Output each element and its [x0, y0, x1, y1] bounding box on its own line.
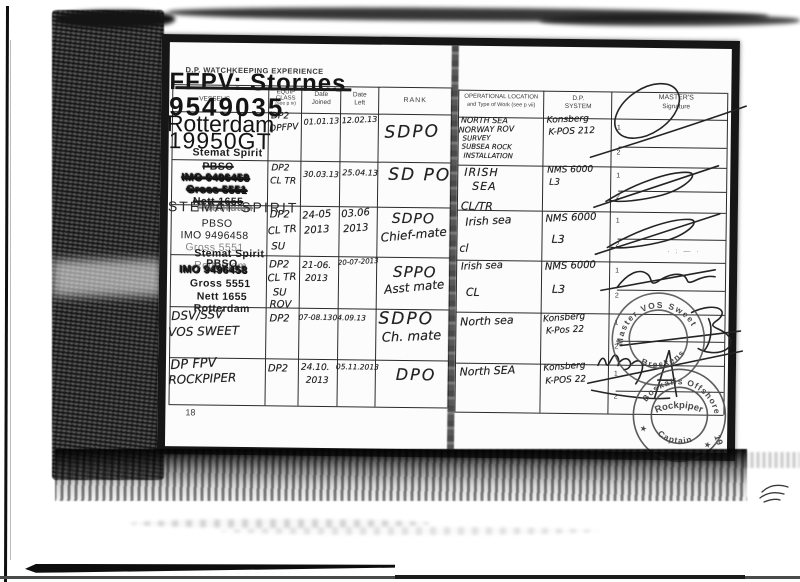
scan-line-artifact: [25, 562, 395, 573]
date-joined-cell: 01.01.13: [304, 116, 340, 126]
location-cell: cl: [459, 242, 468, 255]
date-joined-cell: 07-08.13: [298, 313, 332, 322]
date-left-cell: 03.06: [341, 207, 370, 220]
class-cell: DP2: [271, 163, 289, 173]
location-cell: SEA: [472, 180, 497, 193]
class-cell: DP2: [269, 313, 289, 324]
col-left-2: Left: [341, 99, 378, 107]
dp-system-cell: NMS 6000: [547, 165, 593, 176]
date-left-cell: 12.02.13: [342, 115, 378, 125]
margin-scribble: [756, 478, 792, 508]
date-left-cell: 25.04.13: [342, 168, 378, 177]
dp-system-cell: K-POS 212: [548, 126, 595, 138]
dp-system-cell: Konsberg: [543, 361, 586, 374]
sig-line-number-n1: 1: [615, 268, 619, 275]
rank-cell: SDPO: [384, 121, 440, 142]
location-cell: NORWAY ROV: [459, 124, 515, 134]
col-left-1: Date: [341, 91, 378, 99]
table-grid-line: [616, 391, 724, 393]
col-joined-2: Joined: [302, 99, 340, 107]
sig-line-number-n1: 1: [614, 371, 618, 378]
scan-specks: · : — ·: [667, 248, 701, 255]
location-cell: CL: [466, 286, 480, 299]
col-dp-1: D.P.: [545, 95, 611, 103]
table-grid-line: [297, 86, 302, 406]
location-cell: SURVEY: [463, 134, 491, 143]
date-joined-cell: 30.03.13: [303, 170, 339, 179]
date-joined-cell: 24-05: [302, 209, 332, 222]
location-cell: IRISH: [464, 166, 499, 179]
col-master-1: MASTER'S: [626, 94, 726, 103]
sig-line-number-n2: 2: [616, 194, 620, 201]
table-grid-line: [374, 87, 379, 407]
class-cell: DP2: [268, 363, 288, 374]
class-cell: ROV: [270, 299, 292, 310]
scan-edge-line: [4, 6, 9, 582]
table-grid-line: [617, 290, 725, 292]
rank-cell: SDPO: [378, 309, 434, 330]
table-grid-line: [616, 341, 724, 343]
table-grid-line: [618, 191, 726, 193]
scanned-document: 121212121212 D.P. WATCHKEEPING EXPERIENC…: [0, 0, 800, 582]
vessel-handwritten: ROCKPIPER: [168, 370, 236, 387]
table-grid-line: [168, 404, 447, 408]
dp-system-cell: L3: [552, 283, 565, 296]
scan-smudge-bottom: [55, 449, 747, 501]
vessel-handwritten: VOS SWEET: [168, 323, 239, 339]
svg-text:Captain: Captain: [655, 427, 695, 448]
scan-bottom-edge-dark: [395, 575, 745, 579]
signature-row-2: [594, 164, 719, 209]
dp-system-cell: L3: [551, 233, 564, 246]
signature-row-3: [595, 212, 720, 256]
sig-line-number-n2: 2: [615, 293, 619, 300]
signature-row-1: [591, 72, 747, 160]
class-cell: DPFPV: [269, 122, 299, 134]
sig-line-number-n2: 2: [614, 344, 618, 351]
svg-text:Boskalis Offshore: Boskalis Offshore: [639, 369, 728, 417]
location-cell: SUBSEA ROCK: [462, 143, 512, 152]
class-cell: DP2: [270, 209, 290, 220]
sig-line-number-n1: 1: [617, 125, 621, 132]
table-grid-line: [619, 147, 727, 149]
dp-system-cell: Konsberg: [543, 312, 586, 325]
dp-system-cell: K-Pos 22: [546, 325, 585, 337]
class-cell: CL TR: [268, 224, 298, 238]
dp-system-cell: Konsberg: [547, 114, 590, 126]
col-location-2: and Type of Work (see p vii): [459, 102, 543, 109]
vessel-stamp-line: Gross 5551: [190, 277, 251, 290]
stamp-number: 19: [712, 434, 725, 447]
vessel-handwritten: DSV/SSV: [171, 307, 224, 323]
location-cell: CL/TR: [461, 200, 493, 213]
rank-cell: Ch. mate: [382, 328, 442, 345]
vessel-stamp-line: Gross 5551: [186, 183, 247, 196]
logbook-page: 121212121212 D.P. WATCHKEEPING EXPERIENC…: [157, 34, 740, 461]
vessel-stamp-line: Nett 1655: [197, 290, 247, 303]
col-dp-2: SYSTEM: [545, 103, 611, 111]
sig-line-number-n1: 1: [616, 218, 620, 225]
dp-system-cell: NMS 6000: [545, 260, 596, 273]
date-left-cell: 20-07-2013: [338, 257, 379, 267]
table-grid-line: [723, 93, 728, 415]
vos-sweet-stamp: Master VOS Sweet Breskens: [602, 283, 714, 395]
date-left-cell: 04.09.13: [332, 313, 366, 322]
date-joined-cell: 2013: [305, 274, 328, 284]
sig-line-number-n2: 2: [617, 150, 621, 157]
rank-cell: SD PO: [388, 165, 451, 186]
class-cell: CL TR: [270, 176, 296, 186]
col-location-1: OPERATIONAL LOCATION: [459, 94, 543, 102]
dp-system-cell: NMS 6000: [545, 212, 596, 225]
vessel-stamp-line: PBSO: [202, 217, 233, 229]
location-cell: North SEA: [459, 363, 515, 378]
stamp-star-left: ★: [640, 424, 648, 433]
page-number: 18: [185, 408, 195, 418]
location-cell: Irish sea: [461, 260, 503, 273]
sig-line-number-n1: 1: [616, 173, 620, 180]
date-joined-cell: 2013: [304, 224, 330, 237]
class-cell: CL TR: [267, 272, 296, 285]
table-grid-line: [454, 412, 723, 416]
scan-smudge-top-left: [55, 10, 175, 28]
svg-text:Rockpiper: Rockpiper: [652, 394, 706, 424]
date-joined-cell: 21-06.: [302, 261, 331, 271]
col-rank: RANK: [379, 97, 451, 106]
table-grid-line: [618, 239, 726, 241]
sig-line-number-n1: 1: [614, 320, 618, 327]
svg-text:Master VOS Sweet: Master VOS Sweet: [606, 290, 700, 348]
dp-system-cell: L3: [549, 178, 560, 188]
dp-system-cell: K-POS 22: [545, 374, 586, 386]
location-cell: INSTALLATION: [463, 152, 512, 161]
scan-smudge-top-right: [540, 15, 800, 26]
location-cell: North sea: [460, 314, 514, 329]
overlay-stamp-stemat: Stemat Spirit: [192, 146, 262, 159]
class-cell: SU: [271, 241, 285, 252]
vessel-stamp-line: IMO 9496458: [180, 229, 248, 242]
vessel-stamp-line: IMO 9496458: [179, 263, 247, 276]
class-cell: DP2: [269, 259, 289, 270]
col-master-2: Signature: [626, 103, 726, 111]
scan-edge-line-2: [10, 40, 11, 560]
rank-cell: Chief-mate: [380, 225, 447, 245]
book-spine-shadow: [52, 10, 164, 480]
scan-smear-2: [220, 527, 600, 535]
date-joined-cell: 2013: [306, 376, 329, 386]
class-cell: DP2: [271, 111, 289, 121]
vessel-stamp-line: IMO 9496458: [181, 171, 249, 184]
rank-cell: DPO: [396, 365, 437, 384]
svg-text:Breskens: Breskens: [638, 346, 690, 375]
location-cell: Irish sea: [465, 213, 512, 229]
date-joined-cell: 24.10.: [301, 363, 330, 373]
sig-line-number-n2: 2: [615, 242, 619, 249]
sig-line-number-n2: 2: [614, 394, 618, 401]
class-cell: SU: [273, 287, 287, 298]
rank-cell: SDPO: [392, 211, 435, 228]
date-left-cell: 2013: [343, 222, 369, 235]
date-left-cell: 05.11.2013: [336, 362, 379, 372]
scan-smudge-bottom-right: [745, 452, 800, 468]
